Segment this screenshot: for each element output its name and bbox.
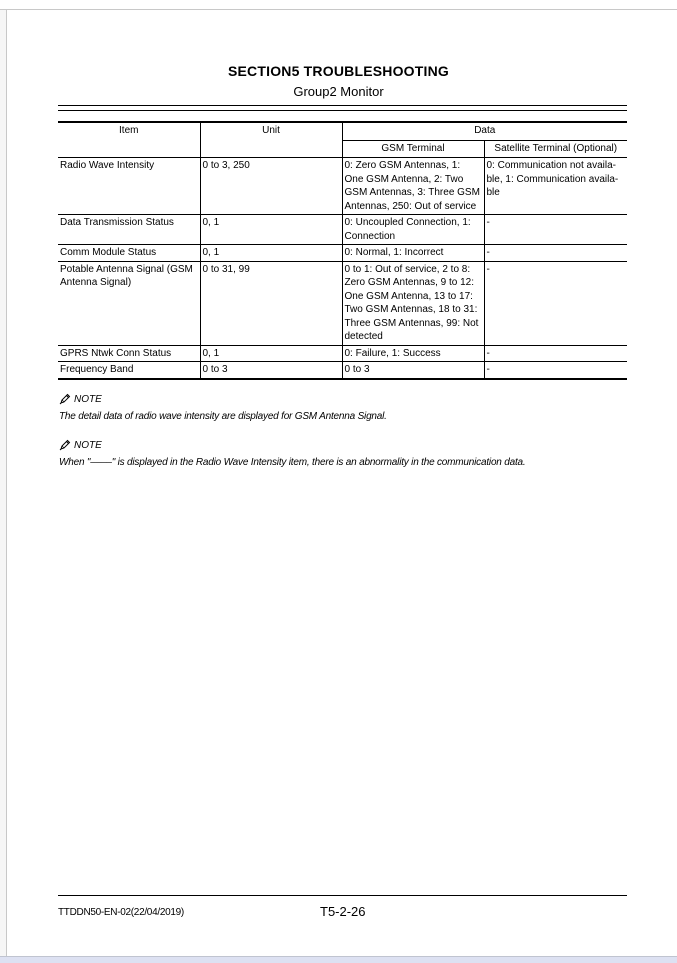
page-number: T5-2-26 — [320, 904, 366, 919]
cell-gsm: 0: Uncoupled Connection, 1: Connection — [342, 215, 484, 245]
table-row: Frequency Band 0 to 3 0 to 3 - — [58, 362, 627, 379]
table-row: Comm Module Status 0, 1 0: Normal, 1: In… — [58, 245, 627, 262]
note-label: NOTE — [74, 440, 102, 451]
cell-satellite: - — [484, 345, 627, 362]
footer-rule — [58, 895, 627, 896]
cell-gsm: 0 to 1: Out of service, 2 to 8: Zero GSM… — [342, 261, 484, 345]
cell-unit: 0, 1 — [200, 245, 342, 262]
note-header: NOTE — [59, 439, 525, 451]
cell-satellite: - — [484, 261, 627, 345]
note-text: The detail data of radio wave intensity … — [59, 411, 387, 422]
cell-unit: 0, 1 — [200, 345, 342, 362]
note-label: NOTE — [74, 394, 102, 405]
header-satellite-terminal: Satellite Terminal (Optional) — [484, 141, 627, 158]
header-unit: Unit — [200, 122, 342, 158]
note-header: NOTE — [59, 393, 387, 405]
cell-satellite: - — [484, 215, 627, 245]
table-header-row: Item Unit Data — [58, 122, 627, 141]
cell-item: Data Transmission Status — [58, 215, 200, 245]
pencil-icon — [59, 393, 71, 405]
viewer-top-border — [0, 9, 677, 10]
section-subtitle: Group2 Monitor — [0, 84, 677, 99]
cell-gsm: 0: Zero GSM Antennas, 1: One GSM Antenna… — [342, 158, 484, 215]
header-double-rule — [58, 105, 627, 111]
monitor-table: Item Unit Data GSM Terminal Satellite Te… — [58, 121, 627, 380]
header-gsm-terminal: GSM Terminal — [342, 141, 484, 158]
table-row: Radio Wave Intensity 0 to 3, 250 0: Zero… — [58, 158, 627, 215]
cell-satellite: 0: Communication not availa-ble, 1: Comm… — [484, 158, 627, 215]
table-row: Potable Antenna Signal (GSM Antenna Sign… — [58, 261, 627, 345]
section-title: SECTION5 TROUBLESHOOTING — [0, 63, 677, 79]
note-block: NOTE The detail data of radio wave inten… — [59, 393, 387, 422]
cell-item: Frequency Band — [58, 362, 200, 379]
cell-item: Potable Antenna Signal (GSM Antenna Sign… — [58, 261, 200, 345]
cell-unit: 0 to 31, 99 — [200, 261, 342, 345]
viewer-left-gutter — [0, 10, 7, 956]
cell-unit: 0, 1 — [200, 215, 342, 245]
cell-gsm: 0: Failure, 1: Success — [342, 345, 484, 362]
cell-gsm: 0: Normal, 1: Incorrect — [342, 245, 484, 262]
header-data: Data — [342, 122, 627, 141]
cell-satellite: - — [484, 362, 627, 379]
table-row: Data Transmission Status 0, 1 0: Uncoupl… — [58, 215, 627, 245]
viewer-bottom-bar — [0, 956, 677, 963]
cell-unit: 0 to 3 — [200, 362, 342, 379]
pencil-icon — [59, 439, 71, 451]
cell-gsm: 0 to 3 — [342, 362, 484, 379]
cell-unit: 0 to 3, 250 — [200, 158, 342, 215]
cell-item: Radio Wave Intensity — [58, 158, 200, 215]
cell-item: GPRS Ntwk Conn Status — [58, 345, 200, 362]
note-block: NOTE When "––––" is displayed in the Rad… — [59, 439, 525, 468]
cell-satellite: - — [484, 245, 627, 262]
document-id: TTDDN50-EN-02(22/04/2019) — [58, 907, 184, 918]
table-row: GPRS Ntwk Conn Status 0, 1 0: Failure, 1… — [58, 345, 627, 362]
header-item: Item — [58, 122, 200, 158]
cell-item: Comm Module Status — [58, 245, 200, 262]
note-text: When "––––" is displayed in the Radio Wa… — [59, 457, 525, 468]
